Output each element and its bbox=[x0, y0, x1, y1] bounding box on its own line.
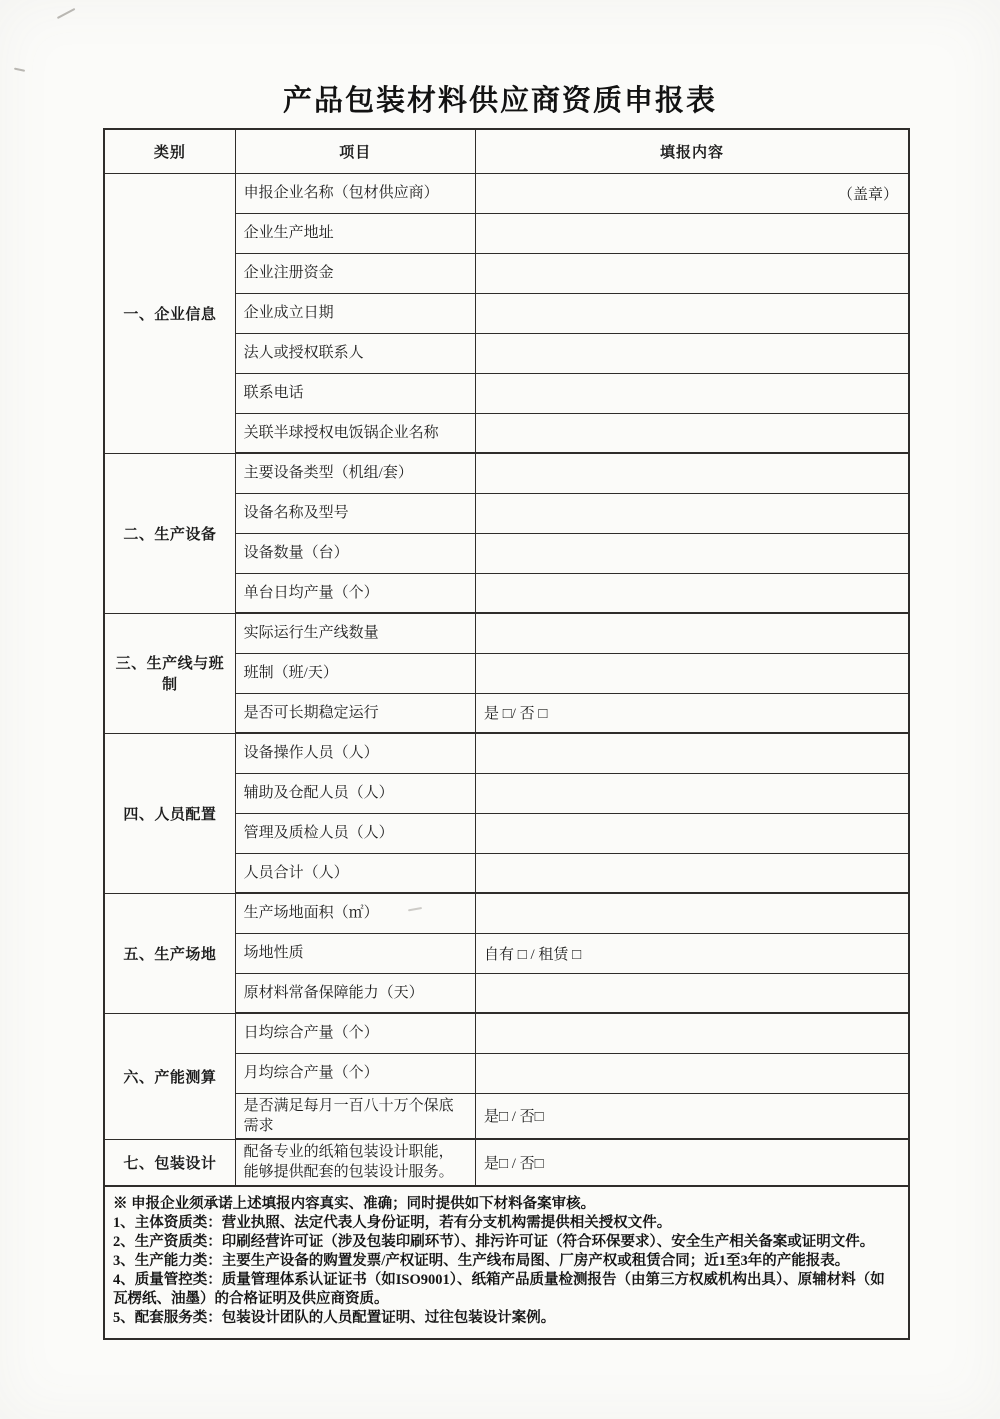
category-cell: 一、企业信息 bbox=[104, 173, 235, 453]
category-cell: 三、生产线与班制 bbox=[104, 613, 235, 733]
item-label-cell: 日均综合产量（个） bbox=[235, 1013, 475, 1053]
scan-artifact bbox=[13, 63, 29, 78]
note-line: 1、主体资质类：营业执照、法定代表人身份证明，若有分支机构需提供相关授权文件。 bbox=[113, 1214, 898, 1233]
checkbox-option-cell: 是□ / 否□ bbox=[475, 1139, 909, 1186]
category-cell: 六、产能测算 bbox=[104, 1013, 235, 1139]
checkbox-option-cell: 自有 □ / 租赁 □ bbox=[475, 933, 909, 973]
checkbox-option-cell: 是□ / 否□ bbox=[475, 1093, 909, 1139]
category-cell: 二、生产设备 bbox=[104, 453, 235, 613]
note-line: 4、质量管控类：质量管理体系认证证书（如ISO9001）、纸箱产品质量检测报告（… bbox=[113, 1271, 898, 1309]
item-label-cell: 原材料常备保障能力（天） bbox=[235, 973, 475, 1013]
fill-in-cell bbox=[475, 1013, 909, 1053]
note-line: ※ 申报企业须承诺上述填报内容真实、准确；同时提供如下材料备案审核。 bbox=[113, 1195, 898, 1214]
fill-in-cell bbox=[475, 213, 909, 253]
item-label-cell: 月均综合产量（个） bbox=[235, 1053, 475, 1093]
category-cell: 七、包装设计 bbox=[104, 1139, 235, 1186]
fill-in-cell bbox=[475, 813, 909, 853]
fill-in-cell bbox=[475, 893, 909, 933]
note-line: 3、生产能力类：主要生产设备的购置发票/产权证明、生产线布局图、厂房产权或租赁合… bbox=[113, 1252, 898, 1271]
fill-in-cell bbox=[475, 853, 909, 893]
item-label-cell: 班制（班/天） bbox=[235, 653, 475, 693]
notes-cell: ※ 申报企业须承诺上述填报内容真实、准确；同时提供如下材料备案审核。1、主体资质… bbox=[104, 1186, 909, 1339]
header-content: 填报内容 bbox=[475, 129, 909, 173]
fill-in-cell bbox=[475, 573, 909, 613]
item-label-cell: 配备专业的纸箱包装设计职能，能够提供配套的包装设计服务。 bbox=[235, 1139, 475, 1186]
fill-in-cell bbox=[475, 733, 909, 773]
fill-in-cell bbox=[475, 1053, 909, 1093]
item-label-cell: 设备名称及型号 bbox=[235, 493, 475, 533]
item-label-cell: 关联半球授权电饭锅企业名称 bbox=[235, 413, 475, 453]
fill-in-cell bbox=[475, 293, 909, 333]
fill-in-cell bbox=[475, 453, 909, 493]
item-label-cell: 是否可长期稳定运行 bbox=[235, 693, 475, 733]
fill-in-cell bbox=[475, 613, 909, 653]
table-row: 四、人员配置设备操作人员（人） bbox=[104, 733, 909, 773]
note-line: 2、生产资质类：印刷经营许可证（涉及包装印刷环节）、排污许可证（符合环保要求）、… bbox=[113, 1233, 898, 1252]
item-label-cell: 人员合计（人） bbox=[235, 853, 475, 893]
fill-in-cell bbox=[475, 653, 909, 693]
item-label-cell: 辅助及仓配人员（人） bbox=[235, 773, 475, 813]
item-label-cell: 实际运行生产线数量 bbox=[235, 613, 475, 653]
item-label-cell: 法人或授权联系人 bbox=[235, 333, 475, 373]
fill-in-cell bbox=[475, 333, 909, 373]
fill-in-cell bbox=[475, 773, 909, 813]
scanned-form-page: 产品包装材料供应商资质申报表 类别 项目 填报内容 一、企业信息申报企业名称（包… bbox=[0, 0, 1000, 1419]
item-label-cell: 设备数量（台） bbox=[235, 533, 475, 573]
item-label-cell: 设备操作人员（人） bbox=[235, 733, 475, 773]
fill-in-cell bbox=[475, 533, 909, 573]
table-row: 六、产能测算日均综合产量（个） bbox=[104, 1013, 909, 1053]
item-label-cell: 联系电话 bbox=[235, 373, 475, 413]
table-row: 五、生产场地生产场地面积（㎡） bbox=[104, 893, 909, 933]
fill-in-cell bbox=[475, 973, 909, 1013]
table-row: 七、包装设计配备专业的纸箱包装设计职能，能够提供配套的包装设计服务。是□ / 否… bbox=[104, 1139, 909, 1186]
category-cell: 四、人员配置 bbox=[104, 733, 235, 893]
fill-in-cell bbox=[475, 493, 909, 533]
table-header: 类别 项目 填报内容 bbox=[104, 129, 909, 173]
header-item: 项目 bbox=[235, 129, 475, 173]
item-label-cell: 申报企业名称（包材供应商） bbox=[235, 173, 475, 213]
item-label-cell: 管理及质检人员（人） bbox=[235, 813, 475, 853]
page-title: 产品包装材料供应商资质申报表 bbox=[0, 78, 1000, 119]
fill-in-cell bbox=[475, 253, 909, 293]
category-cell: 五、生产场地 bbox=[104, 893, 235, 1013]
notes-row: ※ 申报企业须承诺上述填报内容真实、准确；同时提供如下材料备案审核。1、主体资质… bbox=[104, 1186, 909, 1339]
header-row: 类别 项目 填报内容 bbox=[104, 129, 909, 173]
form-table-body: 一、企业信息申报企业名称（包材供应商）（盖章）企业生产地址企业注册资金企业成立日… bbox=[104, 173, 909, 1186]
stamp-cell: （盖章） bbox=[475, 173, 909, 213]
checkbox-option-cell: 是 □/ 否 □ bbox=[475, 693, 909, 733]
table-footer: ※ 申报企业须承诺上述填报内容真实、准确；同时提供如下材料备案审核。1、主体资质… bbox=[104, 1186, 909, 1339]
item-label-cell: 企业生产地址 bbox=[235, 213, 475, 253]
fill-in-cell bbox=[475, 413, 909, 453]
item-label-cell: 企业成立日期 bbox=[235, 293, 475, 333]
item-label-cell: 场地性质 bbox=[235, 933, 475, 973]
item-label-cell: 企业注册资金 bbox=[235, 253, 475, 293]
declaration-form-table: 类别 项目 填报内容 一、企业信息申报企业名称（包材供应商）（盖章）企业生产地址… bbox=[103, 128, 910, 1340]
fill-in-cell bbox=[475, 373, 909, 413]
item-label-cell: 生产场地面积（㎡） bbox=[235, 893, 475, 933]
table-row: 一、企业信息申报企业名称（包材供应商）（盖章） bbox=[104, 173, 909, 213]
item-label-cell: 是否满足每月一百八十万个保底需求 bbox=[235, 1093, 475, 1139]
item-label-cell: 单台日均产量（个） bbox=[235, 573, 475, 613]
header-category: 类别 bbox=[104, 129, 235, 173]
note-line: 5、配套服务类：包装设计团队的人员配置证明、过往包装设计案例。 bbox=[113, 1309, 898, 1328]
table-row: 三、生产线与班制实际运行生产线数量 bbox=[104, 613, 909, 653]
scan-artifact bbox=[55, 3, 79, 22]
table-row: 二、生产设备主要设备类型（机组/套） bbox=[104, 453, 909, 493]
item-label-cell: 主要设备类型（机组/套） bbox=[235, 453, 475, 493]
